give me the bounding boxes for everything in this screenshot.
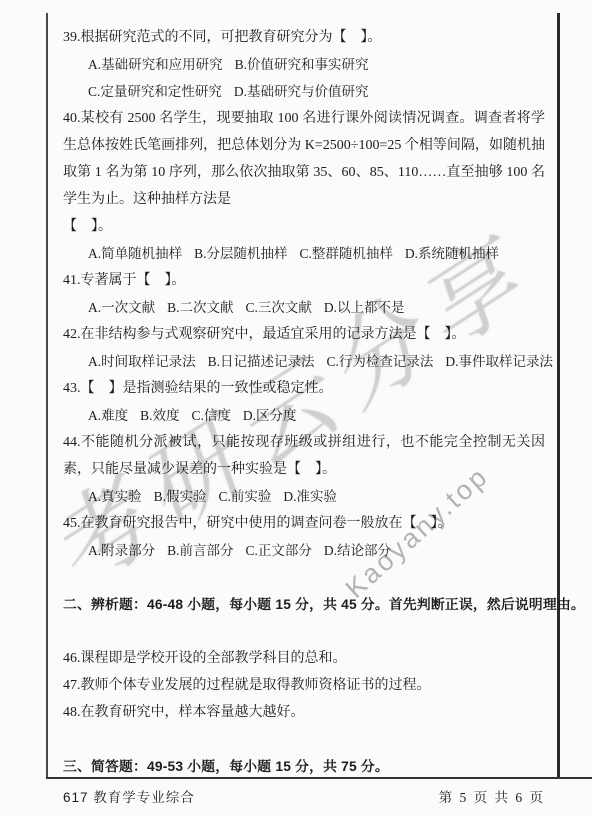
option-item: D.以上都不是 bbox=[324, 294, 405, 321]
option-line: C.定量研究和定性研究 D.基础研究与价值研究 bbox=[63, 78, 545, 105]
option-line: A.真实验 B.假实验 C.前实验 D.准实验 bbox=[63, 483, 545, 510]
option-item: B.价值研究和事实研究 bbox=[235, 51, 369, 78]
question-number: 42. bbox=[63, 327, 81, 342]
question-45: 45.在教育研究报告中，研究中使用的调查问卷一般放在【 】。 A.附录部分 B.… bbox=[63, 510, 545, 564]
option-item: B.二次文献 bbox=[167, 294, 233, 321]
option-line: A.简单随机抽样 B.分层随机抽样 C.整群随机抽样 D.系统随机抽样 bbox=[63, 240, 545, 267]
question-number: 45. bbox=[63, 516, 81, 531]
question-stem: 45.在教育研究报告中，研究中使用的调查问卷一般放在【 】。 bbox=[63, 510, 545, 537]
statement-text: 在教育研究中，样本容量越大越好。 bbox=[81, 705, 305, 720]
question-40: 40.某校有 2500 名学生，现要抽取 100 名进行课外阅读情况调查。调查者… bbox=[63, 105, 545, 267]
question-number: 43. bbox=[63, 381, 81, 396]
section-heading-jianda: 三、简答题：49-53 小题，每小题 15 分，共 75 分。 bbox=[63, 753, 545, 780]
option-item: C.信度 bbox=[192, 402, 231, 429]
option-item: A.真实验 bbox=[88, 483, 142, 510]
page-border-right bbox=[557, 13, 560, 778]
option-item: A.简单随机抽样 bbox=[88, 240, 182, 267]
question-stem: 41.专著属于【 】。 bbox=[63, 267, 545, 294]
option-line: A.一次文献 B.二次文献 C.三次文献 D.以上都不是 bbox=[63, 294, 545, 321]
question-44: 44.不能随机分派被试，只能按现存班级或拼组进行，也不能完全控制无关因素，只能尽… bbox=[63, 429, 545, 510]
statement-47: 47.教师个体专业发展的过程就是取得教师资格证书的过程。 bbox=[63, 672, 545, 699]
statement-number: 48. bbox=[63, 705, 81, 720]
page-border-left bbox=[46, 13, 48, 778]
option-item: B.效度 bbox=[140, 402, 179, 429]
statement-46: 46.课程即是学校开设的全部教学科目的总和。 bbox=[63, 645, 545, 672]
option-line: A.基础研究和应用研究 B.价值研究和事实研究 bbox=[63, 51, 545, 78]
option-item: A.时间取样记录法 bbox=[88, 348, 196, 375]
option-item: B.日记描述记录法 bbox=[208, 348, 315, 375]
question-43: 43.【 】是指测验结果的一致性或稳定性。 A.难度 B.效度 C.信度 D.区… bbox=[63, 375, 545, 429]
page-footer: 617 教育学专业综合 第 5 页 共 6 页 bbox=[63, 786, 545, 806]
exam-content: 39.根据研究范式的不同，可把教育研究分为【 】。 A.基础研究和应用研究 B.… bbox=[63, 24, 545, 780]
option-item: A.一次文献 bbox=[88, 294, 155, 321]
statement-number: 47. bbox=[63, 678, 81, 693]
option-item: C.整群随机抽样 bbox=[300, 240, 393, 267]
question-stem: 44.不能随机分派被试，只能按现存班级或拼组进行，也不能完全控制无关因素，只能尽… bbox=[63, 429, 545, 483]
question-text: 专著属于【 】。 bbox=[81, 273, 186, 288]
option-item: D.事件取样记录法 bbox=[445, 348, 553, 375]
question-39: 39.根据研究范式的不同，可把教育研究分为【 】。 A.基础研究和应用研究 B.… bbox=[63, 24, 545, 105]
statement-text: 课程即是学校开设的全部教学科目的总和。 bbox=[81, 651, 347, 666]
option-item: C.定量研究和定性研究 bbox=[88, 78, 222, 105]
question-stem: 40.某校有 2500 名学生，现要抽取 100 名进行课外阅读情况调查。调查者… bbox=[63, 105, 545, 213]
option-item: D.区分度 bbox=[243, 402, 297, 429]
statement-text: 教师个体专业发展的过程就是取得教师资格证书的过程。 bbox=[81, 678, 431, 693]
question-bracket-line: 【 】。 bbox=[63, 213, 545, 240]
option-item: B.假实验 bbox=[154, 483, 207, 510]
statement-48: 48.在教育研究中，样本容量越大越好。 bbox=[63, 699, 545, 726]
option-item: B.前言部分 bbox=[167, 537, 233, 564]
option-item: D.系统随机抽样 bbox=[405, 240, 499, 267]
option-item: C.正文部分 bbox=[246, 537, 312, 564]
option-item: D.基础研究与价值研究 bbox=[234, 78, 369, 105]
option-item: C.前实验 bbox=[219, 483, 272, 510]
question-number: 41. bbox=[63, 273, 81, 288]
option-line: A.难度 B.效度 C.信度 D.区分度 bbox=[63, 402, 545, 429]
question-number: 40. bbox=[63, 111, 81, 126]
question-42: 42.在非结构参与式观察研究中，最适宜采用的记录方法是【 】。 A.时间取样记录… bbox=[63, 321, 545, 375]
question-stem: 39.根据研究范式的不同，可把教育研究分为【 】。 bbox=[63, 24, 545, 51]
question-text: 不能随机分派被试，只能按现存班级或拼组进行，也不能完全控制无关因素，只能尽量减少… bbox=[63, 435, 545, 477]
footer-subject-code: 617 教育学专业综合 bbox=[63, 786, 195, 806]
question-text: 在非结构参与式观察研究中，最适宜采用的记录方法是【 】。 bbox=[81, 327, 466, 342]
question-text: 某校有 2500 名学生，现要抽取 100 名进行课外阅读情况调查。调查者将学生… bbox=[63, 111, 545, 207]
option-item: D.结论部分 bbox=[324, 537, 391, 564]
question-stem: 42.在非结构参与式观察研究中，最适宜采用的记录方法是【 】。 bbox=[63, 321, 545, 348]
question-number: 44. bbox=[63, 435, 81, 450]
option-line: A.附录部分 B.前言部分 C.正文部分 D.结论部分 bbox=[63, 537, 545, 564]
question-text: 在教育研究报告中，研究中使用的调查问卷一般放在【 】。 bbox=[81, 516, 452, 531]
exam-paper-page: 考研云分享 Kaoyany.top 39.根据研究范式的不同，可把教育研究分为【… bbox=[0, 0, 592, 817]
section-heading-bianxi: 二、辨析题：46-48 小题，每小题 15 分，共 45 分。首先判断正误，然后… bbox=[63, 591, 545, 618]
question-number: 39. bbox=[63, 30, 81, 45]
statement-number: 46. bbox=[63, 651, 81, 666]
footer-page-number: 第 5 页 共 6 页 bbox=[439, 786, 545, 806]
option-item: A.难度 bbox=[88, 402, 128, 429]
blank-line bbox=[63, 726, 545, 753]
option-item: D.准实验 bbox=[283, 483, 337, 510]
option-item: A.附录部分 bbox=[88, 537, 155, 564]
option-item: C.三次文献 bbox=[246, 294, 312, 321]
question-text: 【 】是指测验结果的一致性或稳定性。 bbox=[81, 381, 333, 396]
blank-line bbox=[63, 618, 545, 645]
option-item: C.行为检查记录法 bbox=[327, 348, 434, 375]
option-item: A.基础研究和应用研究 bbox=[88, 51, 223, 78]
question-stem: 43.【 】是指测验结果的一致性或稳定性。 bbox=[63, 375, 545, 402]
question-41: 41.专著属于【 】。 A.一次文献 B.二次文献 C.三次文献 D.以上都不是 bbox=[63, 267, 545, 321]
option-line: A.时间取样记录法 B.日记描述记录法 C.行为检查记录法 D.事件取样记录法 bbox=[63, 348, 545, 375]
blank-line bbox=[63, 564, 545, 591]
question-text: 根据研究范式的不同，可把教育研究分为【 】。 bbox=[81, 30, 382, 45]
option-item: B.分层随机抽样 bbox=[194, 240, 287, 267]
